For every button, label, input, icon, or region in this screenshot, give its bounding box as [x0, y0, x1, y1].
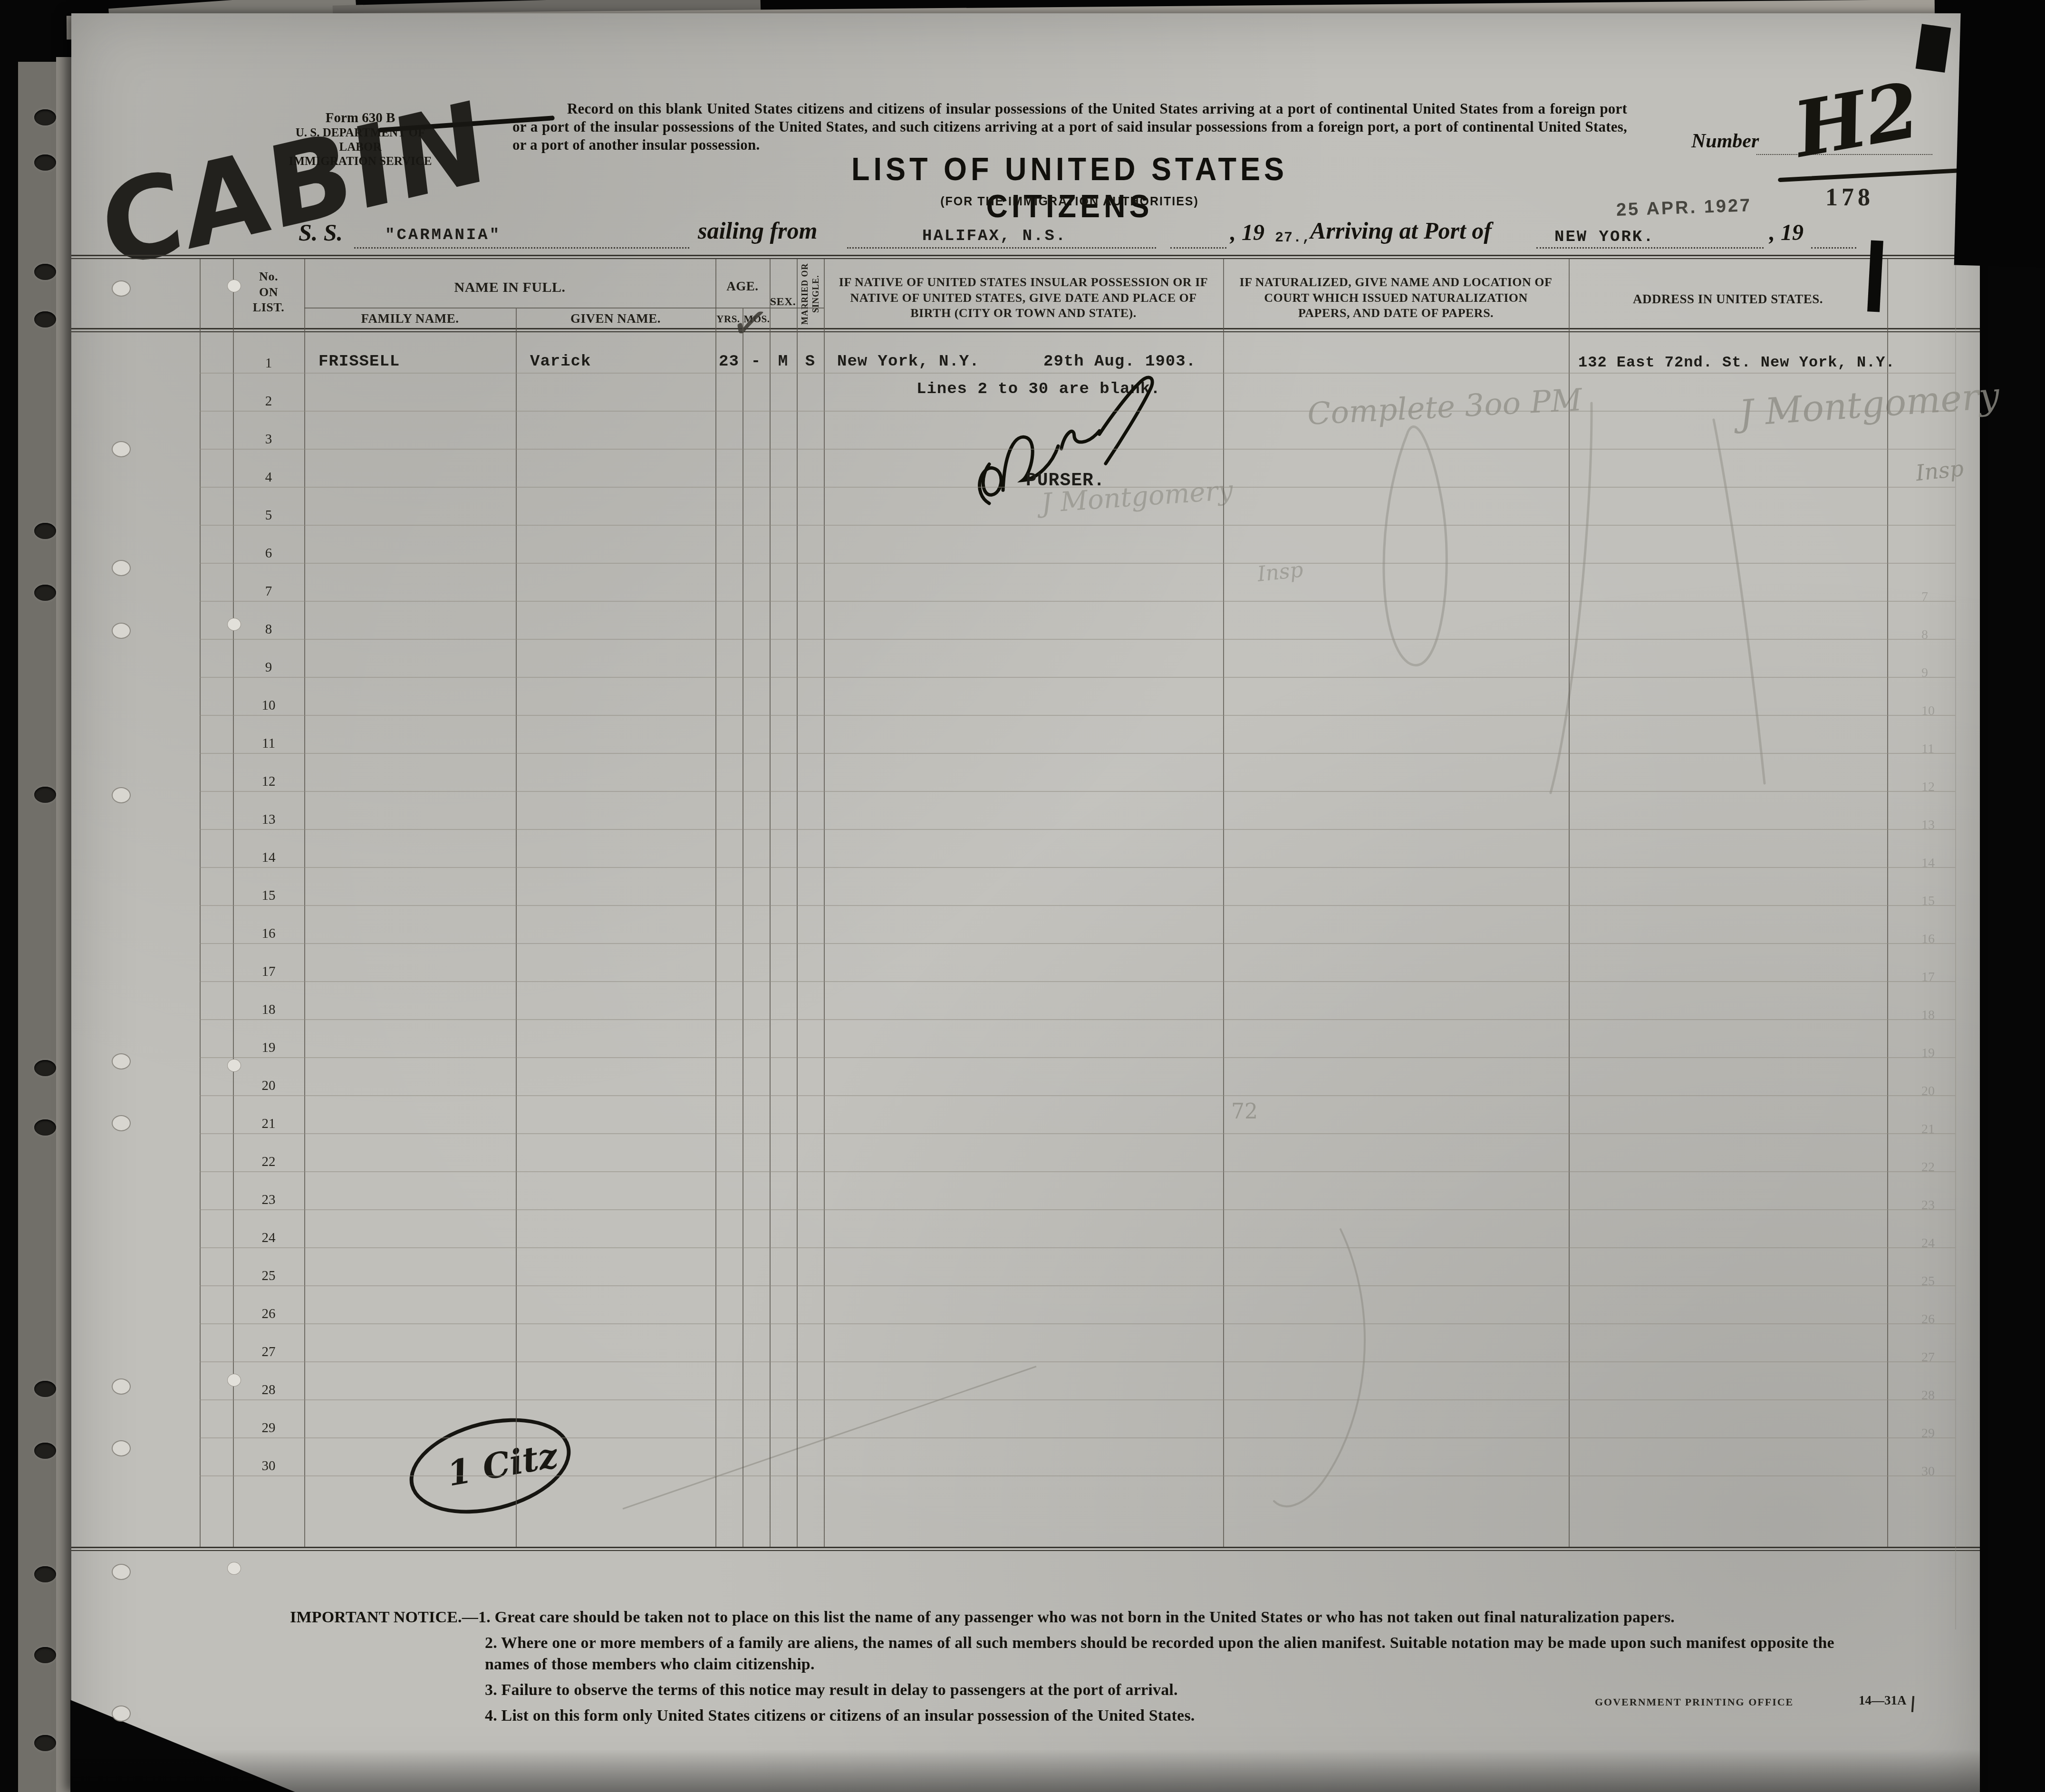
- table-column-line: [304, 259, 305, 1547]
- bleed-through-number: 22: [1921, 1160, 1935, 1175]
- bleed-through-number: 15: [1921, 894, 1935, 909]
- table-column-line: [1223, 259, 1224, 1547]
- cell-family-name: FRISSELL: [318, 353, 400, 371]
- form-print-code: 14—31A: [1859, 1693, 1907, 1708]
- row-number: 30: [233, 1458, 304, 1474]
- row-number: 19: [233, 1040, 304, 1056]
- table-row-line: [200, 1361, 1955, 1362]
- row-number: 22: [233, 1154, 304, 1170]
- punch-hole: [112, 1378, 131, 1395]
- to-port: NEW YORK.: [1554, 228, 1655, 246]
- row-number: 2: [233, 394, 304, 409]
- form-instructions: Record on this blank United States citiz…: [512, 100, 1627, 154]
- bleed-through-number: 10: [1921, 703, 1935, 719]
- ink-smudge: [1916, 24, 1951, 73]
- table-row-line: [200, 563, 1955, 564]
- binder-hole: [34, 311, 56, 328]
- header-sub-rule: [304, 308, 824, 308]
- bleed-through-number: 18: [1921, 1008, 1935, 1023]
- table-top-rule: [71, 255, 1980, 259]
- punch-hole: [112, 560, 131, 576]
- header-birth: IF NATIVE OF UNITED STATES INSULAR POSSE…: [838, 275, 1209, 321]
- table-row-line: [200, 1437, 1955, 1438]
- punch-hole: [227, 279, 241, 292]
- header-address: ADDRESS IN UNITED STATES.: [1569, 291, 1887, 308]
- blank-line: [1170, 247, 1226, 249]
- table-column-line: [1887, 259, 1888, 1547]
- arriving-label: Arriving at Port of: [1310, 217, 1492, 244]
- row-number: 29: [233, 1420, 304, 1436]
- table-row-line: [200, 639, 1955, 640]
- table-row-line: [200, 715, 1955, 716]
- table-row-line: [200, 753, 1955, 754]
- row-number: 16: [233, 926, 304, 942]
- row-number: 1: [233, 356, 304, 371]
- punch-hole: [112, 623, 131, 639]
- scan-background-corner: [1954, 0, 2045, 267]
- punch-hole: [112, 1115, 131, 1131]
- binder-hole: [34, 1119, 56, 1136]
- binder-hole: [34, 1443, 56, 1459]
- cell-age-years: 23: [715, 353, 743, 371]
- year-label: , 19: [1230, 220, 1264, 246]
- binder-hole: [34, 1647, 56, 1663]
- row-number: 25: [233, 1268, 304, 1284]
- row-number: 20: [233, 1078, 304, 1094]
- binder-hole: [34, 1735, 56, 1751]
- table-row-line: [200, 1209, 1955, 1210]
- binder-hole: [34, 1566, 56, 1582]
- row-number: 27: [233, 1344, 304, 1360]
- bleed-through-number: 16: [1921, 932, 1935, 947]
- table-row-line: [200, 1057, 1955, 1058]
- bleed-through-number: 25: [1921, 1274, 1935, 1289]
- bleed-through-number: 28: [1921, 1388, 1935, 1403]
- table-row-line: [200, 867, 1955, 868]
- arrival-date-stamp: 25 APR. 1927: [1616, 195, 1752, 221]
- pencil-page-mark: 72: [1231, 1099, 1258, 1124]
- ss-label: S. S.: [299, 219, 343, 246]
- binder-hole: [34, 264, 56, 280]
- table-row-line: [200, 525, 1955, 526]
- row-number: 5: [233, 508, 304, 523]
- sailing-from-label: sailing from: [698, 217, 817, 244]
- punch-hole: [227, 1059, 241, 1072]
- punch-hole: [112, 1053, 131, 1069]
- year-typed: 27.,: [1275, 230, 1311, 246]
- bleed-through-number: 20: [1921, 1084, 1935, 1099]
- row-number: 23: [233, 1192, 304, 1208]
- notice-line-2: 2. Where one or more members of a family…: [485, 1632, 1882, 1675]
- row-number: 26: [233, 1306, 304, 1322]
- manifest-number-handwritten: H2: [1788, 65, 1926, 175]
- page-bottom-shadow: [71, 1749, 1980, 1792]
- bleed-through-number: 8: [1921, 627, 1928, 643]
- table-row-line: [200, 981, 1955, 982]
- cabin-class-annotation: CABIN: [95, 76, 494, 294]
- table-row-line: [200, 411, 1955, 412]
- bleed-through-number: 30: [1921, 1464, 1935, 1479]
- header-given-name: GIVEN NAME.: [516, 311, 715, 327]
- row-number: 24: [233, 1230, 304, 1246]
- table-row-line: [200, 1247, 1955, 1248]
- table-row-line: [200, 373, 1955, 374]
- punch-hole: [112, 280, 131, 297]
- bleed-through-number: 29: [1921, 1426, 1935, 1441]
- from-port: HALIFAX, N.S.: [922, 227, 1067, 245]
- table-column-line: [797, 259, 798, 1547]
- table-row-line: [200, 905, 1955, 906]
- notice-label: IMPORTANT NOTICE.—: [290, 1609, 478, 1626]
- binder-hole: [34, 523, 56, 539]
- pencil-arc-stroke: [1179, 1216, 1383, 1525]
- header-bottom-rule: [71, 328, 1980, 332]
- binder-hole: [34, 1060, 56, 1076]
- table-row-line: [200, 1285, 1955, 1286]
- print-mark: [1911, 1696, 1914, 1712]
- punch-hole: [227, 618, 241, 631]
- row-number: 14: [233, 850, 304, 866]
- table-row-line: [200, 791, 1955, 792]
- table-row-line: [200, 487, 1955, 488]
- ship-name: "CARMANIA": [385, 226, 501, 244]
- bleed-through-number: 23: [1921, 1198, 1935, 1213]
- row-number: 8: [233, 622, 304, 637]
- punch-hole: [112, 441, 131, 457]
- cell-sex: M: [770, 353, 797, 371]
- page-title: LIST OF UNITED STATES CITIZENS: [784, 151, 1355, 225]
- cell-birth-date: 29th Aug. 1903.: [1043, 353, 1196, 371]
- table-row-line: [200, 1019, 1955, 1020]
- notice-line-1: IMPORTANT NOTICE.—1. Great care should b…: [290, 1607, 1878, 1628]
- table-column-line: [770, 259, 771, 1547]
- cell-given-name: Varick: [530, 353, 591, 371]
- header-naturalized: IF NATURALIZED, GIVE NAME AND LOCATION O…: [1237, 275, 1554, 321]
- header-no-on-list: No. ON LIST.: [233, 269, 304, 316]
- bleed-through-number: 12: [1921, 780, 1935, 795]
- binder-hole: [34, 109, 56, 125]
- bleed-through-number: 27: [1921, 1350, 1935, 1365]
- bleed-through-number: 11: [1921, 742, 1934, 757]
- number-label: Number: [1691, 130, 1759, 153]
- important-notice: IMPORTANT NOTICE.—1. Great care should b…: [290, 1607, 1878, 1731]
- bleed-through-number: 21: [1921, 1122, 1935, 1137]
- punch-hole: [112, 1705, 131, 1722]
- bleed-through-number: 13: [1921, 818, 1935, 833]
- header-family-name: FAMILY NAME.: [304, 311, 516, 327]
- bleed-through-number: 14: [1921, 856, 1935, 871]
- bleed-through-number: 26: [1921, 1312, 1935, 1327]
- row-number: 6: [233, 546, 304, 561]
- pencil-flourish-strokes: [1283, 375, 1973, 831]
- table-column-line: [200, 259, 201, 1547]
- table-column-line: [824, 259, 825, 1547]
- table-row-line: [200, 943, 1955, 944]
- table-column-line: [1569, 259, 1570, 1547]
- manifest-page: Form 630 B U. S. DEPARTMENT OF LABOR IMM…: [71, 13, 1980, 1792]
- printer-imprint: GOVERNMENT PRINTING OFFICE: [1595, 1696, 1794, 1708]
- row-number: 21: [233, 1116, 304, 1132]
- table-row-line: [200, 601, 1955, 602]
- cell-birth-place: New York, N.Y.: [837, 353, 980, 371]
- to-port-line: [1536, 247, 1764, 249]
- punch-hole: [112, 787, 131, 803]
- bleed-through-number: 9: [1921, 665, 1928, 681]
- cell-married-single: S: [797, 353, 824, 371]
- punch-hole: [112, 1440, 131, 1456]
- scanned-manifest: Form 630 B U. S. DEPARTMENT OF LABOR IMM…: [0, 0, 2045, 1792]
- binder-hole: [34, 1381, 56, 1397]
- bleed-through-number: 24: [1921, 1236, 1935, 1251]
- table-bottom-rule: [71, 1547, 1980, 1551]
- row-number: 17: [233, 964, 304, 980]
- table-row-line: [200, 1095, 1955, 1096]
- row-number: 4: [233, 470, 304, 485]
- header-married-single: MARRIED OR SINGLE.: [800, 260, 822, 327]
- ship-name-line: [354, 247, 689, 249]
- row-number: 18: [233, 1002, 304, 1018]
- table-row-line: [200, 449, 1955, 450]
- punch-hole: [227, 1374, 241, 1387]
- header-name-in-full: NAME IN FULL.: [304, 279, 715, 297]
- table-row-line: [200, 1133, 1955, 1134]
- binder-hole: [34, 787, 56, 803]
- row-number: 28: [233, 1382, 304, 1398]
- from-port-line: [847, 247, 1156, 249]
- year2-label: , 19: [1769, 220, 1804, 246]
- punch-hole: [112, 1564, 131, 1580]
- table-row-line: [200, 829, 1955, 830]
- row-number: 15: [233, 888, 304, 904]
- table-row-line: [200, 1323, 1955, 1324]
- binder-hole: [34, 154, 56, 171]
- table-row-line: [200, 677, 1955, 678]
- row-number: 13: [233, 812, 304, 828]
- table-row-line: [200, 1399, 1955, 1400]
- binder-hole: [34, 585, 56, 601]
- bleed-through-number: 17: [1921, 970, 1935, 985]
- cell-address: 132 East 72nd. St. New York, N.Y.: [1578, 354, 1895, 371]
- cell-age-months: -: [743, 353, 770, 371]
- row-number: 12: [233, 774, 304, 790]
- bleed-through-number: 7: [1921, 589, 1928, 605]
- row-number: 10: [233, 698, 304, 713]
- table-column-line: [715, 259, 716, 1547]
- page-number-stamp: 178: [1825, 183, 1874, 212]
- table-row-line: [200, 1475, 1955, 1476]
- blank-line: [1811, 247, 1856, 249]
- table-row-line: [200, 1171, 1955, 1172]
- checkmark-annotation: ✓: [728, 294, 773, 352]
- row-number: 3: [233, 432, 304, 447]
- row-number: 9: [233, 660, 304, 675]
- header-age: AGE.: [715, 279, 770, 295]
- punch-hole: [227, 1562, 241, 1575]
- page-subtitle: (FOR THE IMMIGRATION AUTHORITIES): [784, 195, 1355, 209]
- row-number: 7: [233, 584, 304, 599]
- bleed-through-number: 19: [1921, 1046, 1935, 1061]
- row-number: 11: [233, 736, 304, 751]
